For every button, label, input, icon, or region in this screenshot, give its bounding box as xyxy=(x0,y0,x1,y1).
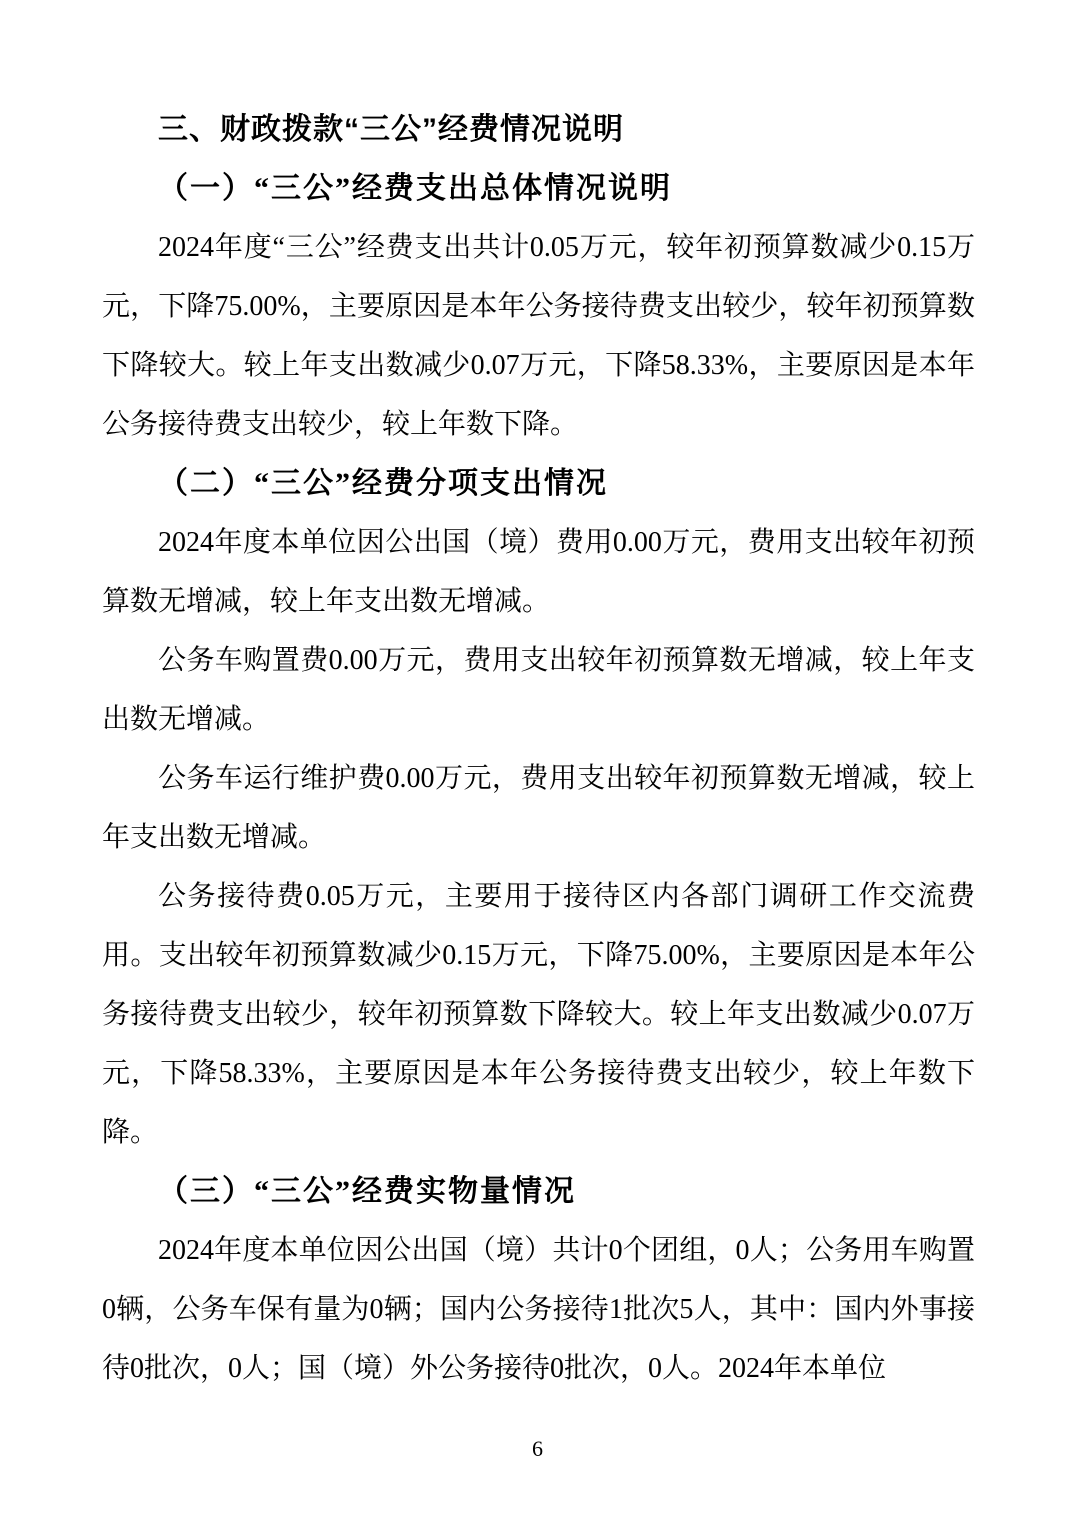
section-3-paragraph-1: 2024年度本单位因公出国（境）共计0个团组，0人；公务用车购置0辆，公务车保有… xyxy=(102,1221,975,1398)
document-content: 三、财政拨款“三公”经费情况说明 （一）“三公”经费支出总体情况说明 2024年… xyxy=(102,100,975,1398)
document-page: 三、财政拨款“三公”经费情况说明 （一）“三公”经费支出总体情况说明 2024年… xyxy=(0,0,1075,1520)
section-3-heading: （三）“三公”经费实物量情况 xyxy=(102,1162,975,1221)
section-1-paragraph-1: 2024年度“三公”经费支出共计0.05万元，较年初预算数减少0.15万元，下降… xyxy=(102,218,975,454)
section-2-paragraph-4: 公务接待费0.05万元，主要用于接待区内各部门调研工作交流费用。支出较年初预算数… xyxy=(102,867,975,1162)
section-2-paragraph-2: 公务车购置费0.00万元，费用支出较年初预算数无增减，较上年支出数无增减。 xyxy=(102,631,975,749)
page-number: 6 xyxy=(0,1434,1075,1464)
main-heading: 三、财政拨款“三公”经费情况说明 xyxy=(102,100,975,159)
section-2-paragraph-1: 2024年度本单位因公出国（境）费用0.00万元，费用支出较年初预算数无增减，较… xyxy=(102,513,975,631)
section-1-heading: （一）“三公”经费支出总体情况说明 xyxy=(102,159,975,218)
section-2-heading: （二）“三公”经费分项支出情况 xyxy=(102,454,975,513)
section-2-paragraph-3: 公务车运行维护费0.00万元，费用支出较年初预算数无增减，较上年支出数无增减。 xyxy=(102,749,975,867)
